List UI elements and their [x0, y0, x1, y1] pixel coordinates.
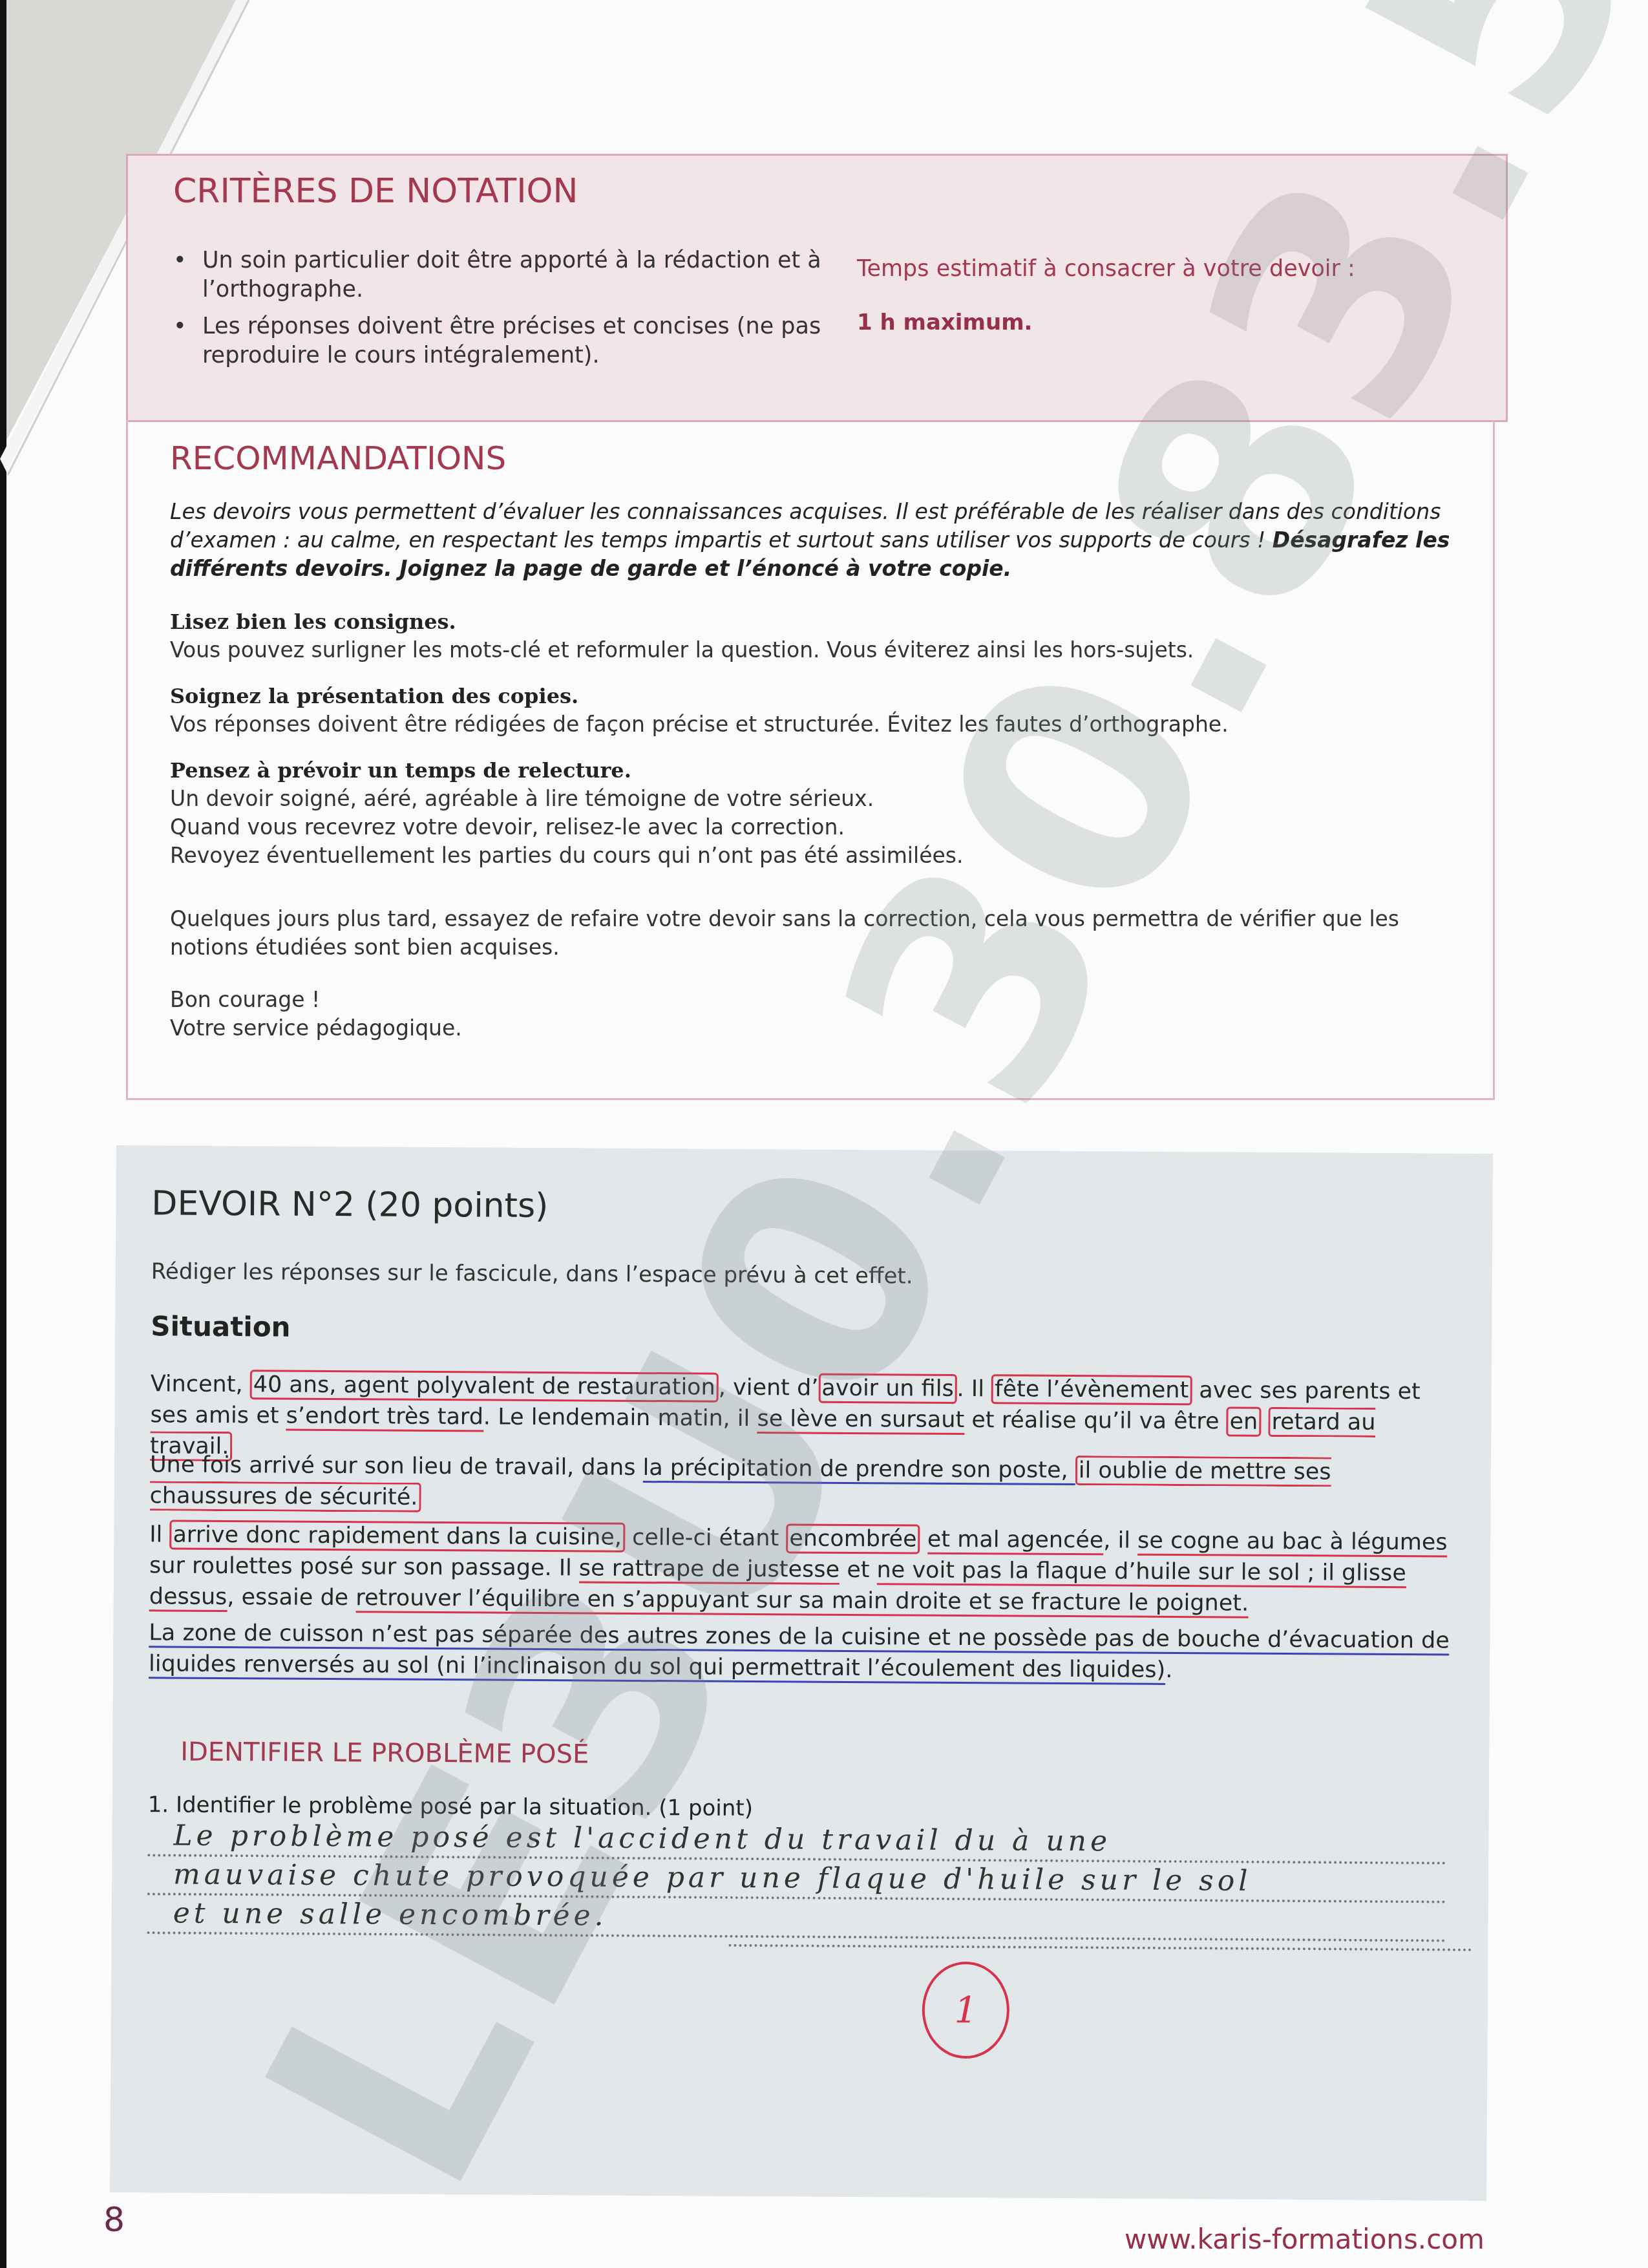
bullet-icon: •: [173, 246, 187, 275]
recommendations-title: RECOMMANDATIONS: [170, 440, 506, 477]
reco-block-consignes: Lisez bien les consignes. Vous pouvez su…: [170, 608, 1469, 664]
text-run: Il: [149, 1521, 169, 1547]
text-run: , essaie de: [227, 1584, 355, 1611]
annotation-box: avoir un fils: [818, 1373, 957, 1404]
criteria-item: •Les réponses doivent être précises et c…: [167, 312, 923, 370]
annotation-underline-red: se rattrape de justesse: [579, 1555, 840, 1584]
devoir-instruction: Rédiger les réponses sur le fascicule, d…: [151, 1258, 913, 1289]
grade-mark: 1: [922, 1962, 1009, 2059]
text-run: Vincent,: [151, 1371, 250, 1397]
answer-line[interactable]: et une salle encombrée.: [147, 1895, 1446, 1942]
situation-paragraph-2: Une fois arrivé sur son lieu de travail,…: [150, 1449, 1456, 1519]
situation-paragraph-4: La zone de cuisson n’est pas séparée des…: [149, 1617, 1455, 1687]
answer-1-area[interactable]: Le problème posé est l'accident du trava…: [147, 1818, 1446, 1951]
text-run: .: [1165, 1657, 1172, 1683]
criteria-item: •Un soin particulier doit être apporté à…: [167, 246, 923, 304]
reco-block-presentation: Soignez la présentation des copies. Vos …: [170, 682, 1469, 739]
section-title-identify-problem: IDENTIFIER LE PROBLÈME POSÉ: [180, 1737, 589, 1770]
text-run: . Le lendemain matin, il: [483, 1404, 757, 1432]
text-run: [920, 1527, 927, 1553]
text-run: , il: [1103, 1527, 1137, 1553]
situation-paragraph-3: Il arrive donc rapidement dans la cuisin…: [149, 1519, 1455, 1620]
text-run: et: [840, 1557, 877, 1583]
annotation-box: 40 ans, agent polyvalent de restauration: [250, 1370, 719, 1402]
bullet-icon: •: [173, 312, 187, 341]
annotation-underline-blue: la précipitation de prendre son poste,: [642, 1455, 1075, 1485]
question-1: 1. Identifier le problème posé par la si…: [148, 1792, 753, 1821]
criteria-list: •Un soin particulier doit être apporté à…: [167, 246, 923, 378]
text-run: sur roulettes posé sur son passage. Il: [149, 1553, 579, 1581]
criteria-box: CRITÈRES DE NOTATION •Un soin particulie…: [126, 154, 1508, 422]
text-run: . Il: [957, 1376, 992, 1402]
reco-closing: Quelques jours plus tard, essayez de ref…: [170, 905, 1469, 962]
annotation-underline-red: retrouver l’équilibre en s’appuyant sur …: [355, 1585, 1249, 1618]
devoir-section: DEVOIR N°2 (20 points) Rédiger les répon…: [110, 1145, 1493, 2201]
annotation-box: en: [1226, 1407, 1261, 1437]
text-run: , vient d’: [719, 1375, 819, 1401]
annotation-underline-blue: La zone de cuisson n’est pas séparée des…: [149, 1620, 1450, 1685]
text-run: Une fois arrivé sur son lieu de travail,…: [150, 1452, 643, 1481]
annotation-underline-red: se cogne au bac à légumes: [1137, 1528, 1448, 1558]
annotation-underline-red: et mal agencée: [927, 1527, 1104, 1556]
recommendations-intro: Les devoirs vous permettent d’évaluer le…: [170, 498, 1469, 583]
time-estimate-value: 1 h maximum.: [857, 310, 1032, 335]
annotation-box: fête l’évènement: [991, 1374, 1192, 1405]
annotation-underline-red: se lève en sursaut: [757, 1406, 964, 1435]
annotation-underline-red: s’endort très tard: [286, 1403, 483, 1432]
text-run: [1261, 1409, 1268, 1435]
recommendations-box: RECOMMANDATIONS Les devoirs vous permett…: [126, 420, 1495, 1100]
devoir-title: DEVOIR N°2 (20 points): [151, 1184, 548, 1225]
reco-signoff: Bon courage ! Votre service pédagogique.: [170, 986, 1469, 1043]
criteria-title: CRITÈRES DE NOTATION: [173, 172, 578, 211]
annotation-box: arrive donc rapidement dans la cuisine,: [169, 1520, 625, 1553]
time-estimate-label: Temps estimatif à consacrer à votre devo…: [857, 256, 1355, 282]
text-run: celle-ci étant: [625, 1525, 787, 1552]
reco-block-relecture: Pensez à prévoir un temps de relecture. …: [170, 756, 1469, 870]
annotation-box: encombrée: [786, 1523, 920, 1554]
website-link[interactable]: www.karis-formations.com: [1125, 2223, 1484, 2255]
text-run: et réalise qu’il va être: [964, 1407, 1227, 1434]
page-number: 8: [103, 2201, 125, 2240]
situation-heading: Situation: [151, 1310, 290, 1342]
